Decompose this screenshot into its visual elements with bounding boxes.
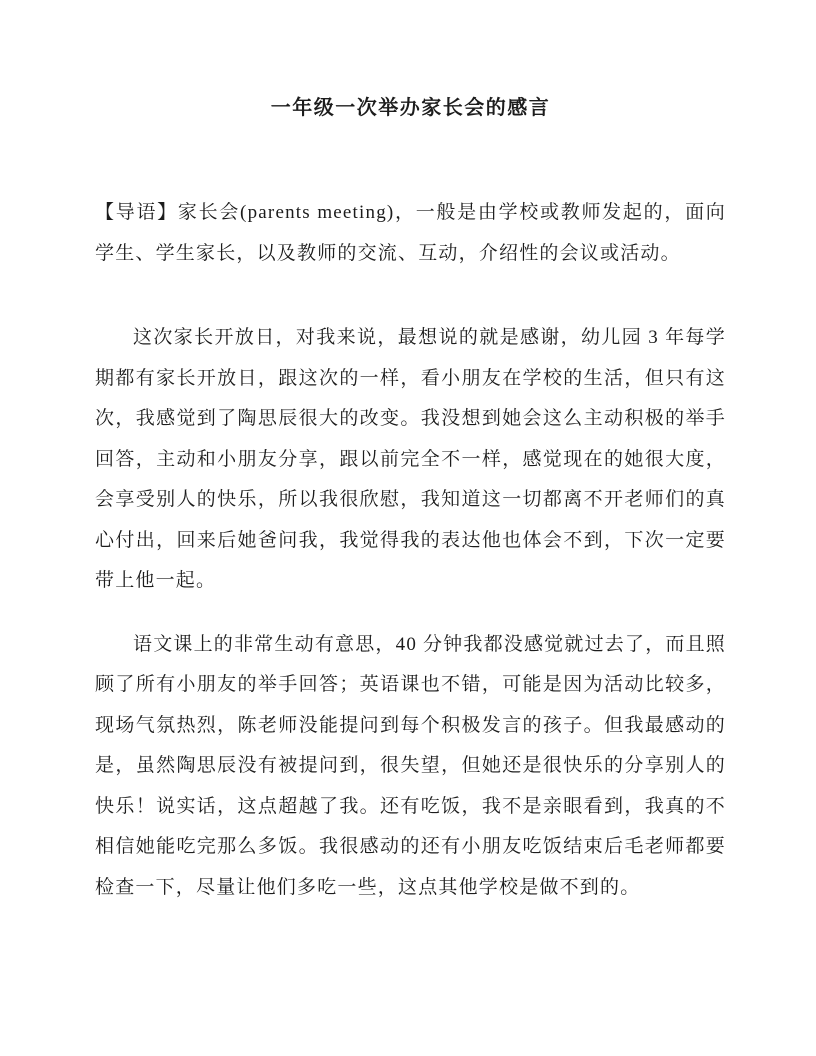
paragraph-experience: 这次家长开放日，对我来说，最想说的就是感谢，幼儿园 3 年每学期都有家长开放日，… (95, 318, 726, 602)
document-page: 一年级一次举办家长会的感言 【导语】家长会(parents meeting)，一… (0, 0, 816, 1056)
document-title: 一年级一次举办家长会的感言 (95, 95, 726, 122)
paragraph-classes: 语文课上的非常生动有意思，40 分钟我都没感觉就过去了，而且照顾了所有小朋友的举… (95, 625, 726, 909)
document-body: 【导语】家长会(parents meeting)，一般是由学校或教师发起的，面向… (95, 193, 726, 908)
paragraph-intro: 【导语】家长会(parents meeting)，一般是由学校或教师发起的，面向… (95, 193, 726, 274)
